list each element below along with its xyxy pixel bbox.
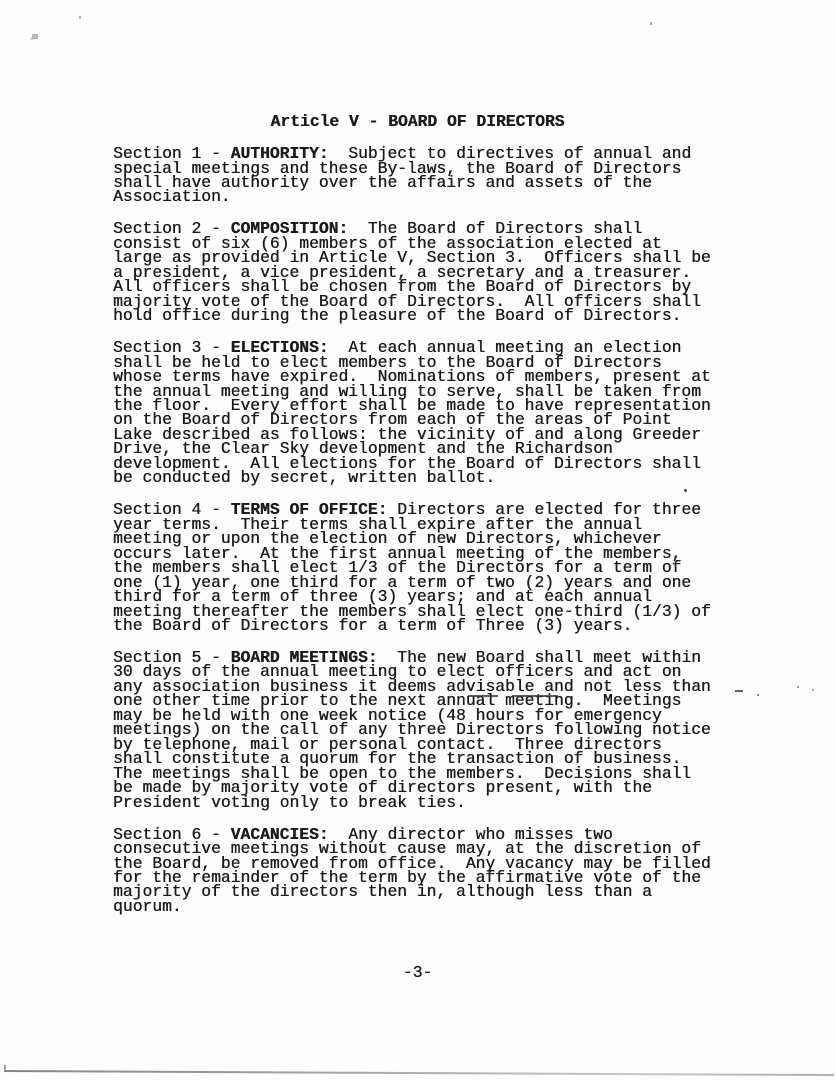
sections-container: Section 1 - AUTHORITY: Subject to direct… bbox=[113, 147, 722, 914]
document-text-column: Article V - BOARD OF DIRECTORS Section 1… bbox=[113, 115, 722, 981]
scanner-edge-tick bbox=[4, 1065, 6, 1071]
section-body-text: consecutive meetings without cause may, … bbox=[113, 839, 711, 916]
section-paragraph: Section 5 - BOARD MEETINGS: The new Boar… bbox=[113, 651, 722, 810]
page-number: -3- bbox=[113, 966, 722, 980]
scan-dot-right-margin-4 bbox=[812, 689, 814, 691]
section-paragraph: Section 3 - ELECTIONS: At each annual me… bbox=[113, 341, 722, 486]
section-paragraph: Section 2 - COMPOSITION: The Board of Di… bbox=[113, 222, 722, 323]
scanned-document-page: Article V - BOARD OF DIRECTORS Section 1… bbox=[0, 0, 836, 1080]
section-paragraph: Section 1 - AUTHORITY: Subject to direct… bbox=[113, 147, 722, 205]
scan-dash-right-margin bbox=[735, 690, 743, 692]
scan-dot-right-margin-3 bbox=[797, 686, 799, 688]
page-title: Article V - BOARD OF DIRECTORS bbox=[113, 115, 722, 129]
scanner-edge-line bbox=[4, 1070, 834, 1076]
scan-dot-right-margin-2 bbox=[757, 694, 759, 696]
section-paragraph: Section 4 - TERMS OF OFFICE: Directors a… bbox=[113, 503, 722, 633]
scan-speck-top-right bbox=[650, 22, 652, 25]
section-paragraph: Section 6 - VACANCIES: Any director who … bbox=[113, 828, 722, 915]
section-body-text: year terms. Their terms shall expire aft… bbox=[113, 515, 711, 635]
section-body-text: special meetings and these By-laws, the … bbox=[113, 159, 681, 207]
section-body-text: 30 days of the annual meeting to elect o… bbox=[113, 662, 711, 811]
scan-speck-top-left-2 bbox=[79, 16, 81, 19]
scan-speck-top-left bbox=[32, 34, 38, 39]
section-body-text: consist of six (6) members of the associ… bbox=[113, 234, 711, 325]
section-body-text: shall be held to elect members to the Bo… bbox=[113, 353, 711, 488]
